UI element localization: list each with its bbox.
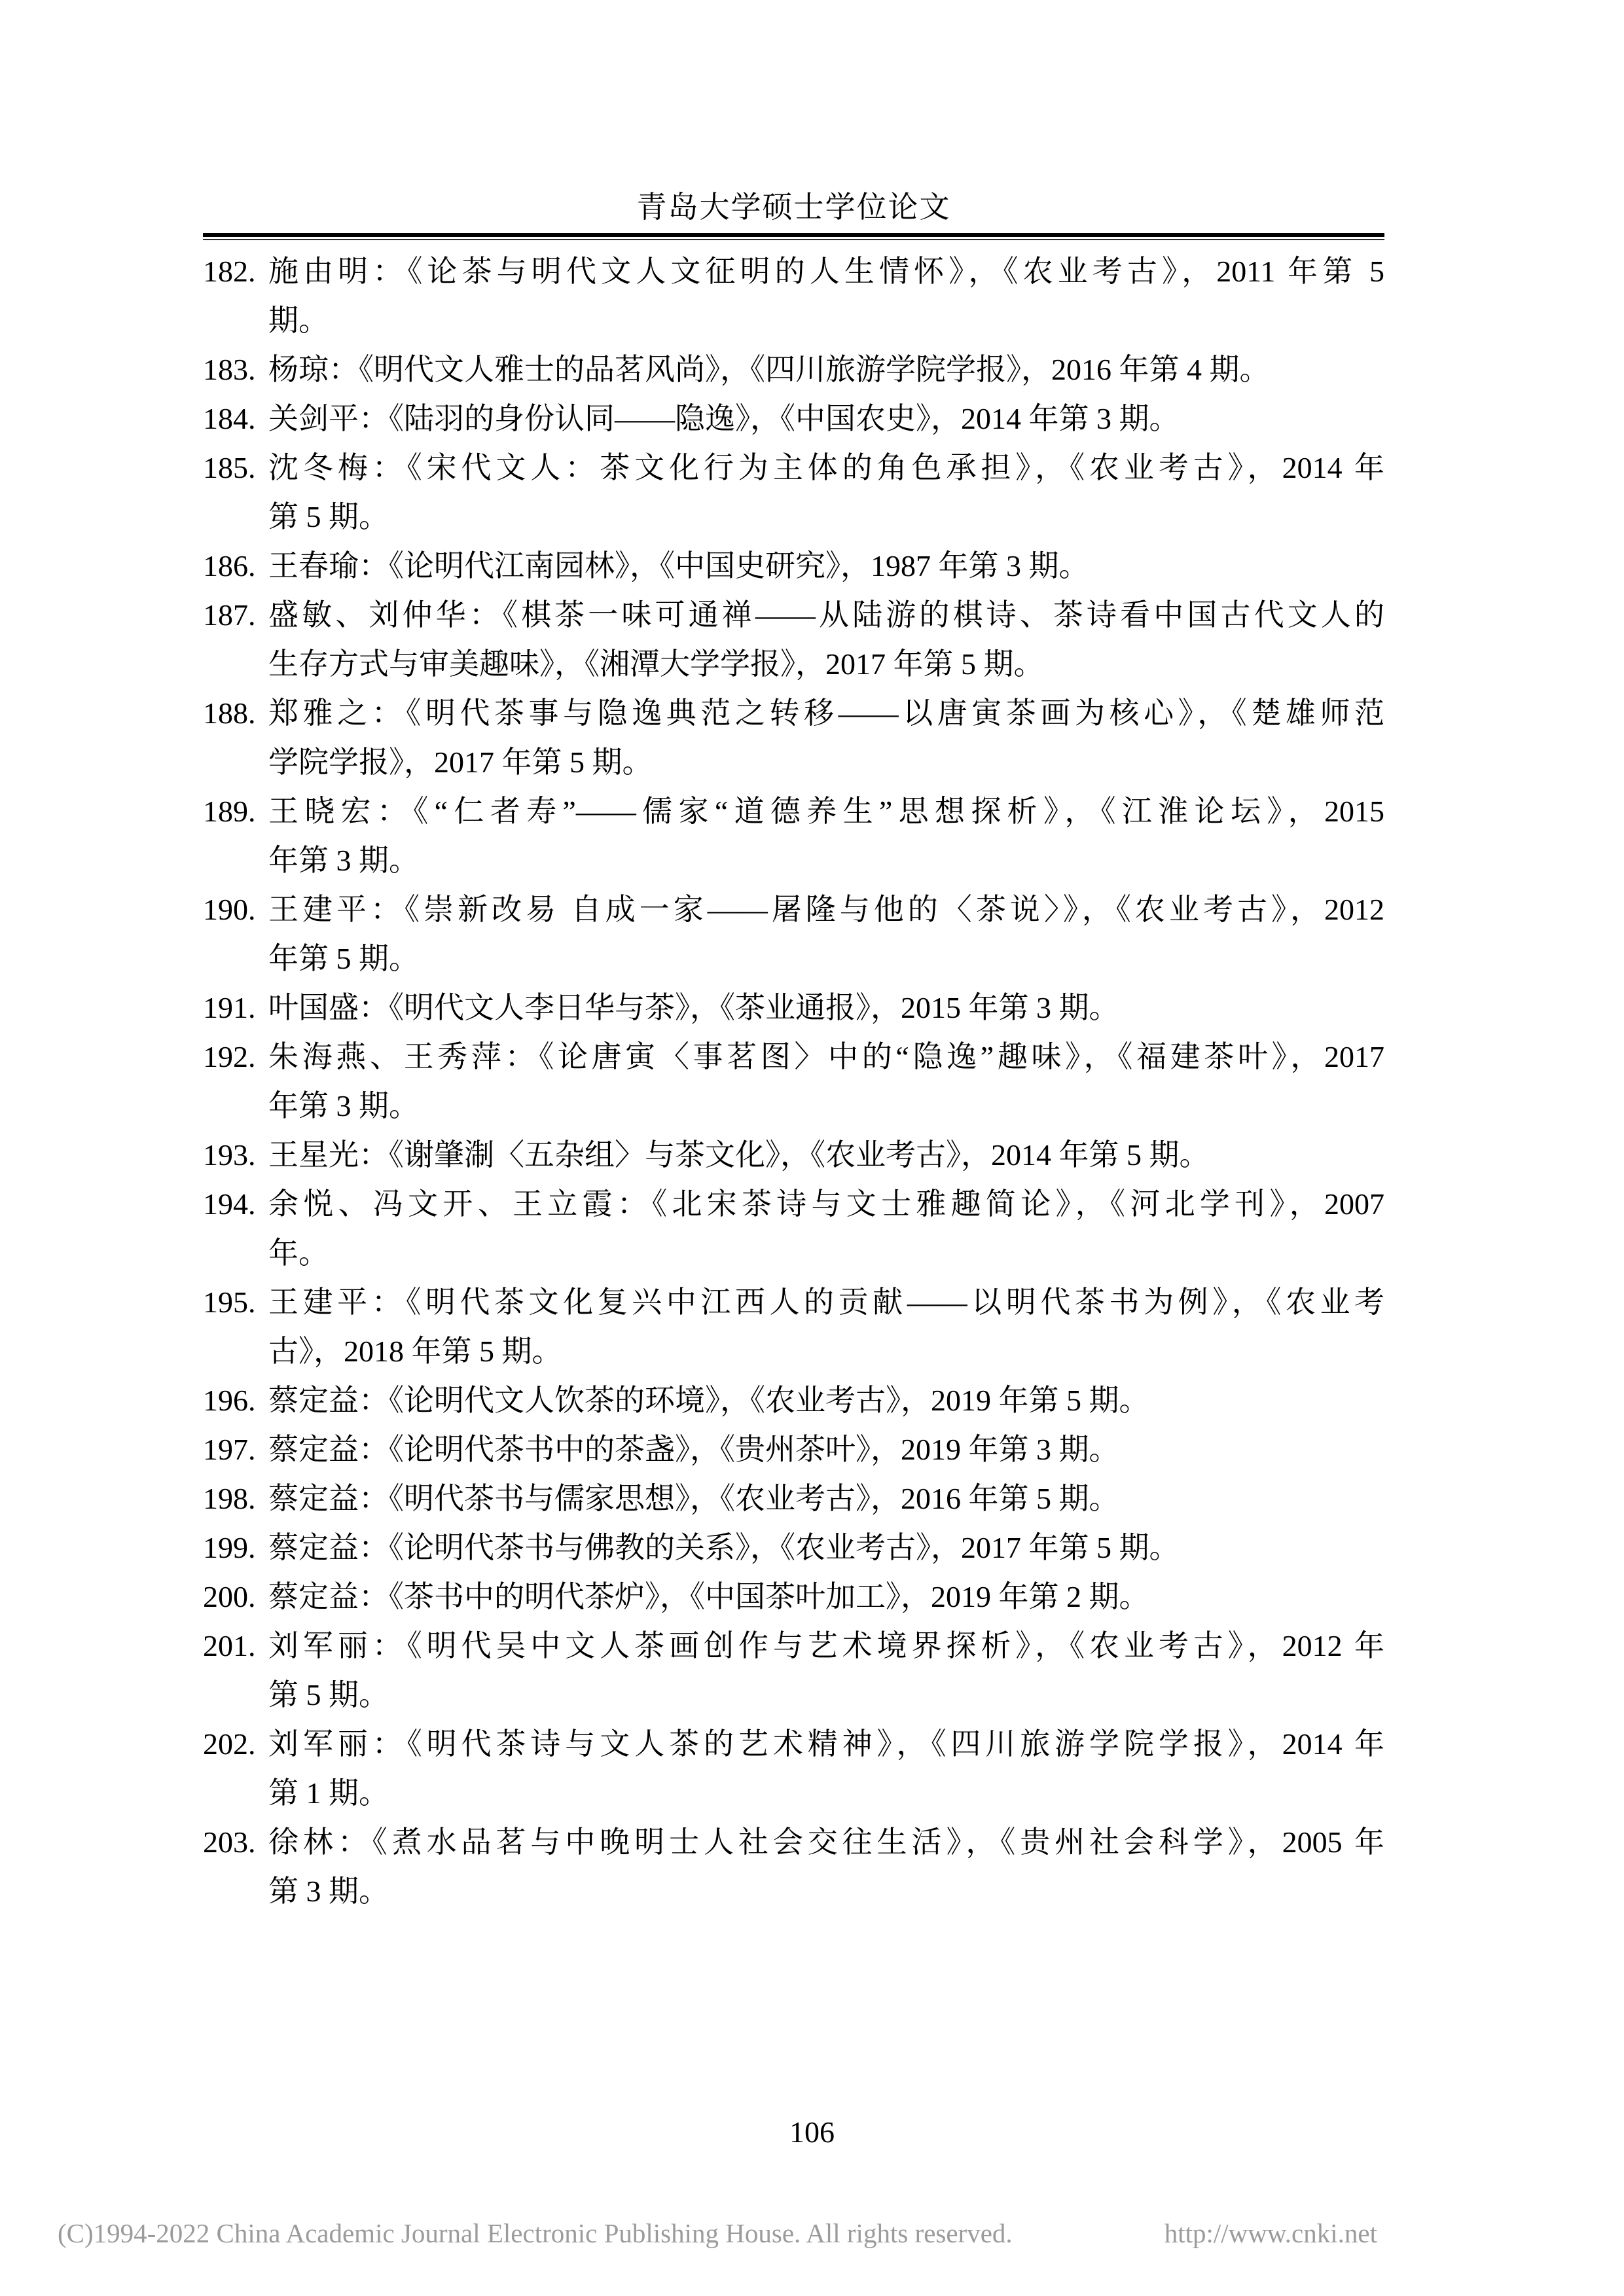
reference-line: 第 5 期。 (268, 1670, 1384, 1719)
reference-number: 195. (203, 1278, 256, 1327)
reference-entry: 193.王星光：《谢肇淛〈五杂组〉与茶文化》，《农业考古》，2014 年第 5 … (203, 1130, 1384, 1179)
reference-line: 郑雅之：《明代茶事与隐逸典范之转移——以唐寅茶画为核心》，《楚雄师范 (268, 689, 1384, 738)
reference-number: 194. (203, 1179, 256, 1229)
reference-number: 200. (203, 1572, 256, 1621)
reference-line: 施由明：《论茶与明代文人文征明的人生情怀》，《农业考古》，2011 年第 5 (268, 247, 1384, 296)
reference-line: 王建平：《明代茶文化复兴中江西人的贡献——以明代茶书为例》，《农业考 (268, 1278, 1384, 1327)
reference-number: 183. (203, 345, 256, 394)
reference-list: 182.施由明：《论茶与明代文人文征明的人生情怀》，《农业考古》，2011 年第… (203, 247, 1384, 1916)
reference-line: 沈冬梅：《宋代文人：茶文化行为主体的角色承担》，《农业考古》，2014 年 (268, 443, 1384, 492)
reference-line: 年第 5 期。 (268, 934, 1384, 983)
reference-line: 年第 3 期。 (268, 1081, 1384, 1130)
reference-entry: 199.蔡定益：《论明代茶书与佛教的关系》，《农业考古》，2017 年第 5 期… (203, 1523, 1384, 1572)
reference-entry: 202.刘军丽：《明代茶诗与文人茶的艺术精神》，《四川旅游学院学报》，2014 … (203, 1719, 1384, 1818)
reference-number: 187. (203, 590, 256, 639)
thesis-page: 青岛大学硕士学位论文 182.施由明：《论茶与明代文人文征明的人生情怀》，《农业… (0, 0, 1624, 2296)
reference-line: 盛敏、刘仲华：《棋茶一味可通禅——从陆游的棋诗、茶诗看中国古代文人的 (268, 590, 1384, 639)
reference-entry: 200.蔡定益：《茶书中的明代茶炉》，《中国茶叶加工》，2019 年第 2 期。 (203, 1572, 1384, 1621)
reference-line: 年。 (268, 1229, 1384, 1278)
reference-entry: 184.关剑平：《陆羽的身份认同——隐逸》，《中国农史》，2014 年第 3 期… (203, 394, 1384, 443)
reference-number: 197. (203, 1425, 256, 1474)
reference-number: 199. (203, 1523, 256, 1572)
reference-line: 蔡定益：《论明代茶书中的茶盏》，《贵州茶叶》，2019 年第 3 期。 (268, 1425, 1384, 1474)
reference-entry: 182.施由明：《论茶与明代文人文征明的人生情怀》，《农业考古》，2011 年第… (203, 247, 1384, 345)
reference-line: 第 5 期。 (268, 492, 1384, 541)
cnki-url: http://www.cnki.net (1164, 2216, 1377, 2250)
reference-line: 余悦、冯文开、王立霞：《北宋茶诗与文士雅趣简论》，《河北学刊》，2007 (268, 1179, 1384, 1229)
reference-entry: 197.蔡定益：《论明代茶书中的茶盏》，《贵州茶叶》，2019 年第 3 期。 (203, 1425, 1384, 1474)
thesis-header-title: 青岛大学硕士学位论文 (203, 188, 1384, 226)
reference-line: 古》，2018 年第 5 期。 (268, 1327, 1384, 1376)
reference-entry: 196.蔡定益：《论明代文人饮茶的环境》，《农业考古》，2019 年第 5 期。 (203, 1376, 1384, 1425)
reference-line: 王晓宏：《“仁者寿”——儒家“道德养生”思想探析》，《江淮论坛》，2015 (268, 787, 1384, 836)
reference-entry: 195.王建平：《明代茶文化复兴中江西人的贡献——以明代茶书为例》，《农业考古》… (203, 1278, 1384, 1376)
reference-number: 184. (203, 394, 256, 443)
reference-line: 王春瑜：《论明代江南园林》，《中国史研究》，1987 年第 3 期。 (268, 541, 1384, 590)
reference-line: 年第 3 期。 (268, 836, 1384, 885)
reference-entry: 198.蔡定益：《明代茶书与儒家思想》，《农业考古》，2016 年第 5 期。 (203, 1474, 1384, 1523)
header-rule (203, 233, 1384, 240)
reference-entry: 203.徐林：《煮水品茗与中晚明士人社会交往生活》，《贵州社会科学》，2005 … (203, 1818, 1384, 1916)
reference-number: 203. (203, 1818, 256, 1867)
reference-entry: 192.朱海燕、王秀萍：《论唐寅〈事茗图〉中的“隐逸”趣味》，《福建茶叶》，20… (203, 1032, 1384, 1130)
reference-line: 刘军丽：《明代茶诗与文人茶的艺术精神》，《四川旅游学院学报》，2014 年 (268, 1719, 1384, 1768)
copyright-text: (C)1994-2022 China Academic Journal Elec… (58, 2216, 1013, 2250)
reference-entry: 188.郑雅之：《明代茶事与隐逸典范之转移——以唐寅茶画为核心》，《楚雄师范学院… (203, 689, 1384, 787)
reference-entry: 194.余悦、冯文开、王立霞：《北宋茶诗与文士雅趣简论》，《河北学刊》，2007… (203, 1179, 1384, 1278)
reference-number: 193. (203, 1130, 256, 1179)
reference-number: 188. (203, 689, 256, 738)
reference-number: 182. (203, 247, 256, 296)
page-number: 106 (0, 2113, 1624, 2152)
reference-number: 201. (203, 1621, 256, 1670)
reference-line: 徐林：《煮水品茗与中晚明士人社会交往生活》，《贵州社会科学》，2005 年 (268, 1818, 1384, 1867)
reference-number: 189. (203, 787, 256, 836)
reference-entry: 185.沈冬梅：《宋代文人：茶文化行为主体的角色承担》，《农业考古》，2014 … (203, 443, 1384, 541)
reference-line: 叶国盛：《明代文人李日华与茶》，《茶业通报》，2015 年第 3 期。 (268, 983, 1384, 1032)
reference-line: 生存方式与审美趣味》，《湘潭大学学报》，2017 年第 5 期。 (268, 639, 1384, 689)
footer: (C)1994-2022 China Academic Journal Elec… (58, 2216, 1377, 2250)
reference-line: 第 3 期。 (268, 1867, 1384, 1916)
reference-line: 王星光：《谢肇淛〈五杂组〉与茶文化》，《农业考古》，2014 年第 5 期。 (268, 1130, 1384, 1179)
reference-line: 朱海燕、王秀萍：《论唐寅〈事茗图〉中的“隐逸”趣味》，《福建茶叶》，2017 (268, 1032, 1384, 1081)
reference-entry: 183.杨琼：《明代文人雅士的品茗风尚》，《四川旅游学院学报》，2016 年第 … (203, 345, 1384, 394)
reference-line: 杨琼：《明代文人雅士的品茗风尚》，《四川旅游学院学报》，2016 年第 4 期。 (268, 345, 1384, 394)
reference-entry: 187.盛敏、刘仲华：《棋茶一味可通禅——从陆游的棋诗、茶诗看中国古代文人的生存… (203, 590, 1384, 689)
reference-line: 蔡定益：《茶书中的明代茶炉》，《中国茶叶加工》，2019 年第 2 期。 (268, 1572, 1384, 1621)
reference-line: 关剑平：《陆羽的身份认同——隐逸》，《中国农史》，2014 年第 3 期。 (268, 394, 1384, 443)
reference-entry: 189.王晓宏：《“仁者寿”——儒家“道德养生”思想探析》，《江淮论坛》，201… (203, 787, 1384, 885)
reference-line: 期。 (268, 296, 1384, 345)
reference-line: 第 1 期。 (268, 1768, 1384, 1818)
reference-line: 学院学报》，2017 年第 5 期。 (268, 738, 1384, 787)
reference-number: 185. (203, 443, 256, 492)
reference-number: 198. (203, 1474, 256, 1523)
reference-line: 蔡定益：《论明代茶书与佛教的关系》，《农业考古》，2017 年第 5 期。 (268, 1523, 1384, 1572)
reference-number: 196. (203, 1376, 256, 1425)
reference-entry: 190.王建平：《崇新改易 自成一家——屠隆与他的〈茶说〉》，《农业考古》，20… (203, 885, 1384, 983)
reference-line: 刘军丽：《明代吴中文人茶画创作与艺术境界探析》，《农业考古》，2012 年 (268, 1621, 1384, 1670)
reference-line: 王建平：《崇新改易 自成一家——屠隆与他的〈茶说〉》，《农业考古》，2012 (268, 885, 1384, 934)
reference-number: 186. (203, 541, 256, 590)
reference-number: 191. (203, 983, 256, 1032)
reference-number: 192. (203, 1032, 256, 1081)
reference-line: 蔡定益：《明代茶书与儒家思想》，《农业考古》，2016 年第 5 期。 (268, 1474, 1384, 1523)
reference-entry: 191.叶国盛：《明代文人李日华与茶》，《茶业通报》，2015 年第 3 期。 (203, 983, 1384, 1032)
reference-entry: 186.王春瑜：《论明代江南园林》，《中国史研究》，1987 年第 3 期。 (203, 541, 1384, 590)
reference-line: 蔡定益：《论明代文人饮茶的环境》，《农业考古》，2019 年第 5 期。 (268, 1376, 1384, 1425)
reference-entry: 201.刘军丽：《明代吴中文人茶画创作与艺术境界探析》，《农业考古》，2012 … (203, 1621, 1384, 1719)
reference-number: 190. (203, 885, 256, 934)
reference-number: 202. (203, 1719, 256, 1768)
